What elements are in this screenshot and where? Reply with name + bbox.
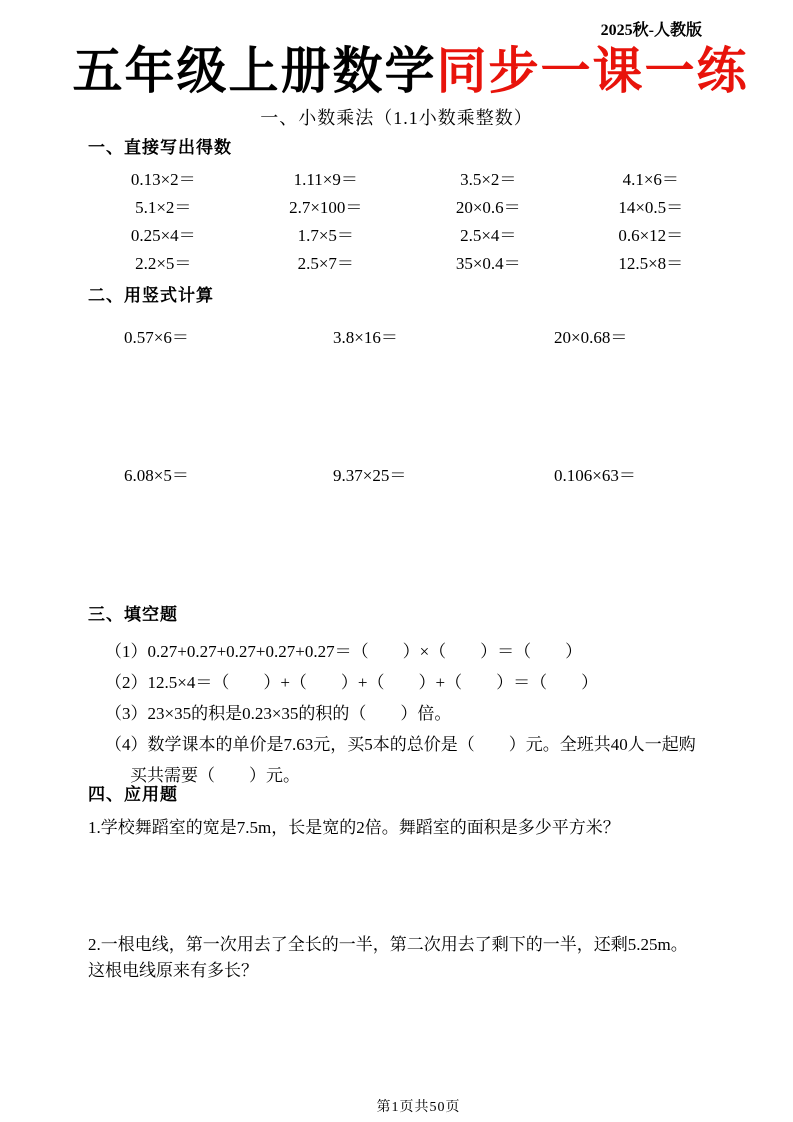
worksheet-page: 2025秋-人教版 五年级上册数学同步一课一练 一、小数乘法（1.1小数乘整数）… — [0, 0, 793, 1122]
math-problem: 20×0.68＝ — [554, 328, 627, 348]
math-problem: 14×0.5＝ — [570, 194, 733, 222]
math-problem: 5.1×2＝ — [82, 194, 245, 222]
fill-blank-item: （3）23×35的积是0.23×35的积的（ ）倍。 — [105, 698, 755, 729]
math-problem: 2.7×100＝ — [245, 194, 408, 222]
math-problem: 0.106×63＝ — [554, 466, 636, 486]
worksheet-title: 五年级上册数学同步一课一练 — [14, 42, 793, 100]
math-problem: 3.8×16＝ — [333, 328, 398, 348]
title-text-black: 五年级上册数学 — [73, 43, 437, 99]
oral-calculation-grid: 0.13×2＝ 1.11×9＝ 3.5×2＝ 4.1×6＝ 5.1×2＝ 2.7… — [82, 166, 732, 278]
math-problem: 20×0.6＝ — [407, 194, 570, 222]
word-problem: 2.一根电线，第一次用去了全长的一半，第二次用去了剩下的一半，还剩5.25m。 … — [88, 932, 688, 984]
math-problem: 4.1×6＝ — [570, 166, 733, 194]
math-problem: 6.08×5＝ — [124, 466, 189, 486]
math-problem: 1.7×5＝ — [245, 222, 408, 250]
page-number-footer: 第1页共50页 — [22, 1096, 793, 1116]
fill-blank-item: （4）数学课本的单价是7.63元，买5本的总价是（ ）元。全班共40人一起购 买… — [105, 729, 755, 791]
word-problem: 1.学校舞蹈室的宽是7.5m，长是宽的2倍。舞蹈室的面积是多少平方米？ — [88, 818, 620, 838]
title-text-red: 同步一课一练 — [437, 43, 749, 99]
math-problem: 12.5×8＝ — [570, 250, 733, 278]
math-problem: 0.6×12＝ — [570, 222, 733, 250]
math-problem: 2.5×7＝ — [245, 250, 408, 278]
column-calculation-row: 6.08×5＝ 9.37×25＝ 0.106×63＝ — [0, 466, 793, 486]
section4-heading: 四、应用题 — [88, 785, 178, 805]
fill-blank-list: （1）0.27+0.27+0.27+0.27+0.27＝（ ）×（ ）＝（ ） … — [105, 636, 755, 791]
unit-subtitle: 一、小数乘法（1.1小数乘整数） — [0, 104, 793, 130]
math-problem: 9.37×25＝ — [333, 466, 406, 486]
section3-heading: 三、填空题 — [88, 605, 178, 625]
math-problem: 2.2×5＝ — [82, 250, 245, 278]
math-problem: 35×0.4＝ — [407, 250, 570, 278]
math-problem: 3.5×2＝ — [407, 166, 570, 194]
math-problem: 0.25×4＝ — [82, 222, 245, 250]
fill-blank-item: （2）12.5×4＝（ ）+（ ）+（ ）+（ ）＝（ ） — [105, 667, 755, 698]
section2-heading: 二、用竖式计算 — [88, 286, 214, 306]
math-problem: 0.13×2＝ — [82, 166, 245, 194]
math-problem: 2.5×4＝ — [407, 222, 570, 250]
fill-blank-item: （1）0.27+0.27+0.27+0.27+0.27＝（ ）×（ ）＝（ ） — [105, 636, 755, 667]
column-calculation-row: 0.57×6＝ 3.8×16＝ 20×0.68＝ — [0, 328, 793, 348]
math-problem: 1.11×9＝ — [245, 166, 408, 194]
edition-label: 2025秋-人教版 — [601, 17, 702, 40]
section1-heading: 一、直接写出得数 — [88, 138, 232, 158]
math-problem: 0.57×6＝ — [124, 328, 189, 348]
